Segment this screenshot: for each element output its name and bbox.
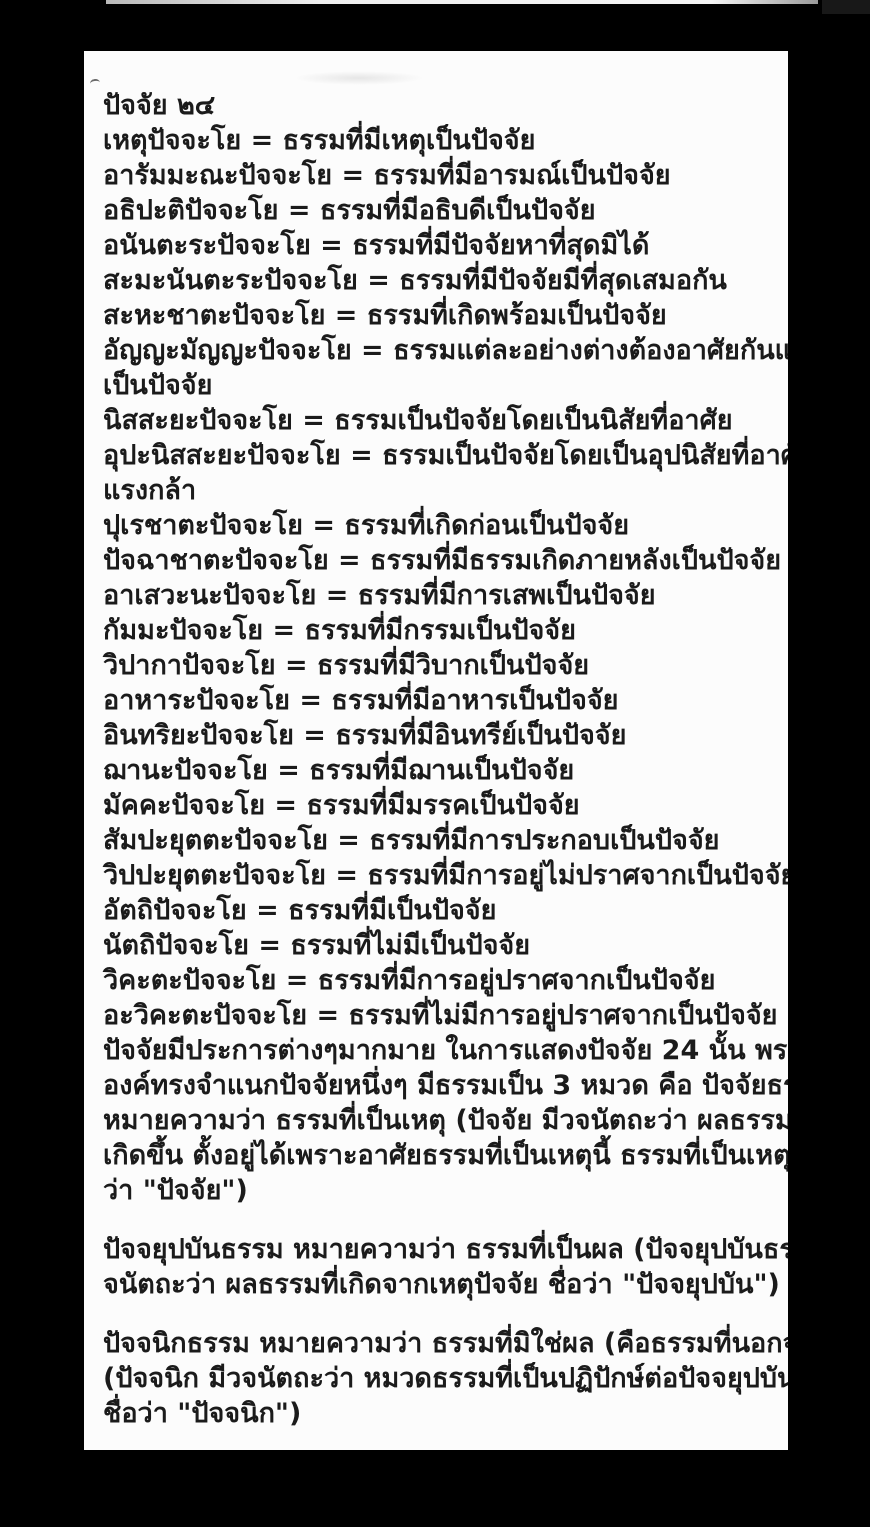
blank-line [103,1208,782,1232]
text-line: ปุเรชาตะปัจจะโย = ธรรมที่เกิดก่อนเป็นปัจ… [103,508,782,543]
text-line: เหตุปัจจะโย = ธรรมที่มีเหตุเป็นปัจจัย [103,123,782,158]
text-line: (ปัจจนิก มีวจนัตถะว่า หมวดธรรมที่เป็นปฏิ… [103,1361,782,1396]
text-line: เกิดขึ้น ตั้งอยู่ได้เพราะอาศัยธรรมที่เป็… [103,1138,782,1173]
text-line: นิสสะยะปัจจะโย = ธรรมเป็นปัจจัยโดยเป็นนิ… [103,403,782,438]
text-line: ปัจฉาชาตะปัจจะโย = ธรรมที่มีธรรมเกิดภายห… [103,543,782,578]
top-right-shade [822,0,870,14]
text-line: สะหะชาตะปัจจะโย = ธรรมที่เกิดพร้อมเป็นปั… [103,298,782,333]
text-line: อะวิคะตะปัจจะโย = ธรรมที่ไม่มีการอยู่ปรา… [103,998,782,1033]
text-line: วิปากาปัจจะโย = ธรรมที่มีวิบากเป็นปัจจัย [103,648,782,683]
text-line: ปัจจัยมีประการต่างๆมากมาย ในการแสดงปัจจั… [103,1033,782,1068]
top-edge-strip [106,0,818,4]
scan-smudge-artifact [294,71,424,85]
text-line: องค์ทรงจำแนกปัจจัยหนึ่งๆ มีธรรมเป็น 3 หม… [103,1068,782,1103]
page-title: ปัจจัย ๒๔ [103,88,782,123]
blank-line [103,1302,782,1326]
text-line: ปัจจนิกธรรม หมายความว่า ธรรมที่มิใช่ผล (… [103,1326,782,1361]
text-line: กัมมะปัจจะโย = ธรรมที่มีกรรมเป็นปัจจัย [103,613,782,648]
text-line: นัตถิปัจจะโย = ธรรมที่ไม่มีเป็นปัจจัย [103,928,782,963]
text-line: อธิปะติปัจจะโย = ธรรมที่มีอธิบดีเป็นปัจจ… [103,193,782,228]
text-line: สะมะนันตะระปัจจะโย = ธรรมที่มีปัจจัยมีที… [103,263,782,298]
document-page: ปัจจัย ๒๔ เหตุปัจจะโย = ธรรมที่มีเหตุเป็… [84,51,788,1450]
text-line: วิปปะยุตตะปัจจะโย = ธรรมที่มีการอยู่ไม่ป… [103,858,782,893]
text-line: สัมปะยุตตะปัจจะโย = ธรรมที่มีการประกอบเป… [103,823,782,858]
text-line: อุปะนิสสะยะปัจจะโย = ธรรมเป็นปัจจัยโดยเป… [103,438,782,473]
text-line: อนันตะระปัจจะโย = ธรรมที่มีปัจจัยหาที่สุ… [103,228,782,263]
text-line: จนัตถะว่า ผลธรรมที่เกิดจากเหตุปัจจัย ชื่… [103,1267,782,1302]
text-line: อาหาระปัจจะโย = ธรรมที่มีอาหารเป็นปัจจัย [103,683,782,718]
text-line: หมายความว่า ธรรมที่เป็นเหตุ (ปัจจัย มีวจ… [103,1103,782,1138]
text-line: อินทริยะปัจจะโย = ธรรมที่มีอินทรีย์เป็นป… [103,718,782,753]
text-content: ปัจจัย ๒๔ เหตุปัจจะโย = ธรรมที่มีเหตุเป็… [103,88,782,1431]
ink-smudge-artifact [89,78,100,87]
text-line: อาเสวะนะปัจจะโย = ธรรมที่มีการเสพเป็นปัจ… [103,578,782,613]
text-line: ชื่อว่า "ปัจจนิก") [103,1396,782,1431]
text-line: อัญญะมัญญะปัจจะโย = ธรรมแต่ละอย่างต่างต้… [103,333,782,368]
text-line: วิคะตะปัจจะโย = ธรรมที่มีการอยู่ปราศจากเ… [103,963,782,998]
text-line: ปัจจยุปบันธรรม หมายความว่า ธรรมที่เป็นผล… [103,1232,782,1267]
text-line: เป็นปัจจัย [103,368,782,403]
text-line: ฌานะปัจจะโย = ธรรมที่มีฌานเป็นปัจจัย [103,753,782,788]
text-line: ว่า "ปัจจัย") [103,1173,782,1208]
text-line: อารัมมะณะปัจจะโย = ธรรมที่มีอารมณ์เป็นปั… [103,158,782,193]
screenshot-root: { "colors": { "frame_background": "#0000… [0,0,870,1527]
text-line: มัคคะปัจจะโย = ธรรมที่มีมรรคเป็นปัจจัย [103,788,782,823]
text-line: แรงกล้า [103,473,782,508]
text-line: อัตถิปัจจะโย = ธรรมที่มีเป็นปัจจัย [103,893,782,928]
